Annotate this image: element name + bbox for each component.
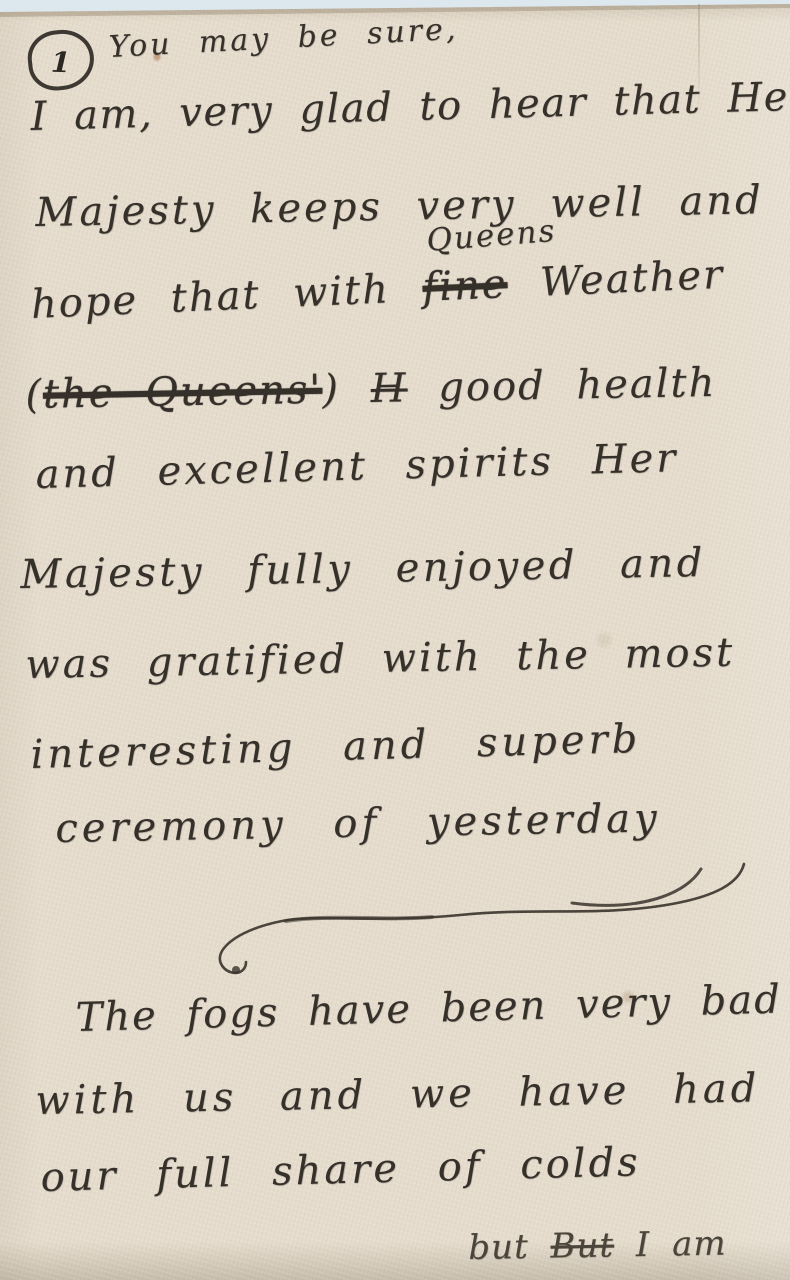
- page-number: 1: [51, 45, 72, 79]
- struck-word-but: But: [550, 1225, 614, 1266]
- line-4-text: good health: [438, 360, 717, 411]
- scanned-letter-page: { "colors": { "paper": "#e5dccd", "scan_…: [0, 0, 790, 1280]
- catchword-i-am: I am: [635, 1223, 726, 1265]
- line-3-text-end: Weather: [539, 252, 725, 306]
- catchword-but: but: [468, 1227, 529, 1268]
- line-3-correction: fine Queens: [422, 260, 542, 311]
- struck-phrase-the-queens: the Queens': [43, 367, 323, 418]
- paren-close: ): [322, 367, 340, 413]
- struck-letter-h: H: [370, 365, 408, 412]
- struck-word-fine: fine: [422, 261, 509, 311]
- letter-line-13-catchword: but But I am: [468, 1223, 727, 1268]
- paren-open: (: [25, 372, 43, 418]
